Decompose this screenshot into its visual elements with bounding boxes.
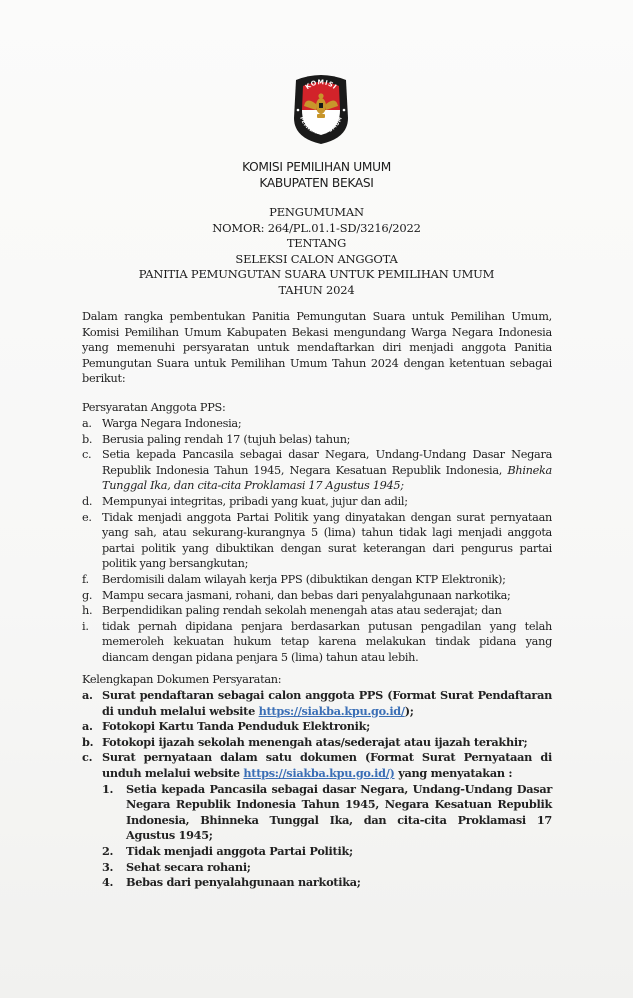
documents-list: a.Surat pendaftaran sebagai calon anggot…	[82, 688, 552, 891]
requirements-list: a.Warga Negara Indonesia; b.Berusia pali…	[82, 416, 552, 666]
announcement-subject-line2: PANITIA PEMUNGUTAN SUARA UNTUK PEMILIHAN…	[0, 267, 633, 283]
list-item: 3.Sehat secara rohani;	[102, 860, 552, 876]
siakba-link[interactable]: https://siakba.kpu.go.id/)	[243, 766, 394, 780]
list-item: h.Berpendidikan paling rendah sekolah me…	[82, 603, 552, 619]
org-name: KOMISI PEMILIHAN UMUM	[0, 159, 633, 175]
list-item: 1.Setia kepada Pancasila sebagai dasar N…	[102, 782, 552, 844]
list-item: i.tidak pernah dipidana penjara berdasar…	[82, 619, 552, 666]
siakba-link[interactable]: https://siakba.kpu.go.id/	[259, 704, 405, 718]
announcement-year: TAHUN 2024	[0, 283, 633, 299]
list-item: 2.Tidak menjadi anggota Partai Politik;	[102, 844, 552, 860]
list-item: 4.Bebas dari penyalahgunaan narkotika;	[102, 875, 552, 891]
list-item: a.Fotokopi Kartu Tanda Penduduk Elektron…	[82, 719, 552, 735]
intro-paragraph: Dalam rangka pembentukan Panitia Pemungu…	[82, 309, 552, 387]
statement-sublist: 1.Setia kepada Pancasila sebagai dasar N…	[102, 782, 552, 891]
list-item: b.Fotokopi ijazah sekolah menengah atas/…	[82, 735, 552, 751]
kpu-emblem-icon: KOMISI PEMILIHAN UMUM	[290, 72, 352, 146]
requirements-heading: Persyaratan Anggota PPS:	[82, 400, 225, 416]
list-item: c.Surat pernyataan dalam satu dokumen (F…	[82, 750, 552, 890]
list-item: e.Tidak menjadi anggota Partai Politik y…	[82, 510, 552, 572]
list-item: a.Warga Negara Indonesia;	[82, 416, 552, 432]
list-item: f.Berdomisili dalam wilayah kerja PPS (d…	[82, 572, 552, 588]
org-region: KABUPATEN BEKASI	[0, 175, 633, 191]
list-item: b.Berusia paling rendah 17 (tujuh belas)…	[82, 432, 552, 448]
announcement-label: PENGUMUMAN	[0, 205, 633, 221]
list-item: d.Mempunyai integritas, pribadi yang kua…	[82, 494, 552, 510]
announcement-about-label: TENTANG	[0, 236, 633, 252]
list-item: c.Setia kepada Pancasila sebagai dasar N…	[82, 447, 552, 494]
announcement-subject-line1: SELEKSI CALON ANGGOTA	[0, 252, 633, 268]
list-item: a.Surat pendaftaran sebagai calon anggot…	[82, 688, 552, 719]
list-item: g.Mampu secara jasmani, rohani, dan beba…	[82, 588, 552, 604]
document-page: KOMISI PEMILIHAN UMUM KOMISI PEMILIHAN U…	[0, 0, 633, 998]
documents-heading: Kelengkapan Dokumen Persyaratan:	[82, 672, 281, 688]
announcement-number: NOMOR: 264/PL.01.1-SD/3216/2022	[0, 221, 633, 237]
